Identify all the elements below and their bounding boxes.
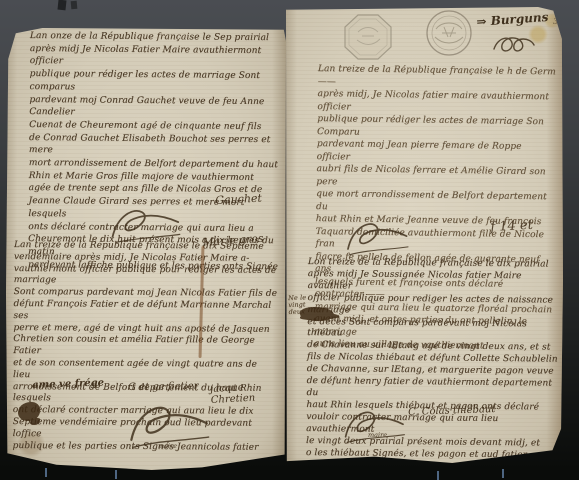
round-ink-stamp-icon <box>422 9 476 61</box>
signature-gauchet: Gauchet <box>215 192 262 207</box>
ruler-tick <box>437 471 439 480</box>
maire-caption: maire <box>368 431 387 439</box>
ruler-tick <box>502 469 504 478</box>
signature-witness-3: jacque Chretien <box>210 380 287 406</box>
ruler-tick <box>115 470 117 479</box>
maire-flourish-signature-icon <box>340 405 410 453</box>
scanner-clamp-mark <box>71 1 78 9</box>
page-number: 3 <box>553 17 558 26</box>
scanned-register-double-page: Lan onze de la République française le S… <box>0 0 579 480</box>
left-page: Lan onze de la République française le S… <box>6 28 286 470</box>
right-page: ⇒ Burguns 3 Lan treize de la République … <box>286 7 563 463</box>
signature-witness-2: G et ge fiatier <box>128 381 199 393</box>
paraph-loops-icon <box>490 31 538 61</box>
ink-blot <box>300 307 334 321</box>
maire-flourish-signature-icon <box>342 219 414 263</box>
maire-caption: maire <box>158 442 177 450</box>
octagonal-tax-stamp-icon <box>344 14 392 64</box>
scanner-clamp-mark <box>57 0 66 10</box>
act1-end-scribble: f 14 et <box>490 218 533 235</box>
ruler-tick <box>45 468 47 477</box>
registrar-paraph: ⇒ Burguns <box>476 10 549 29</box>
